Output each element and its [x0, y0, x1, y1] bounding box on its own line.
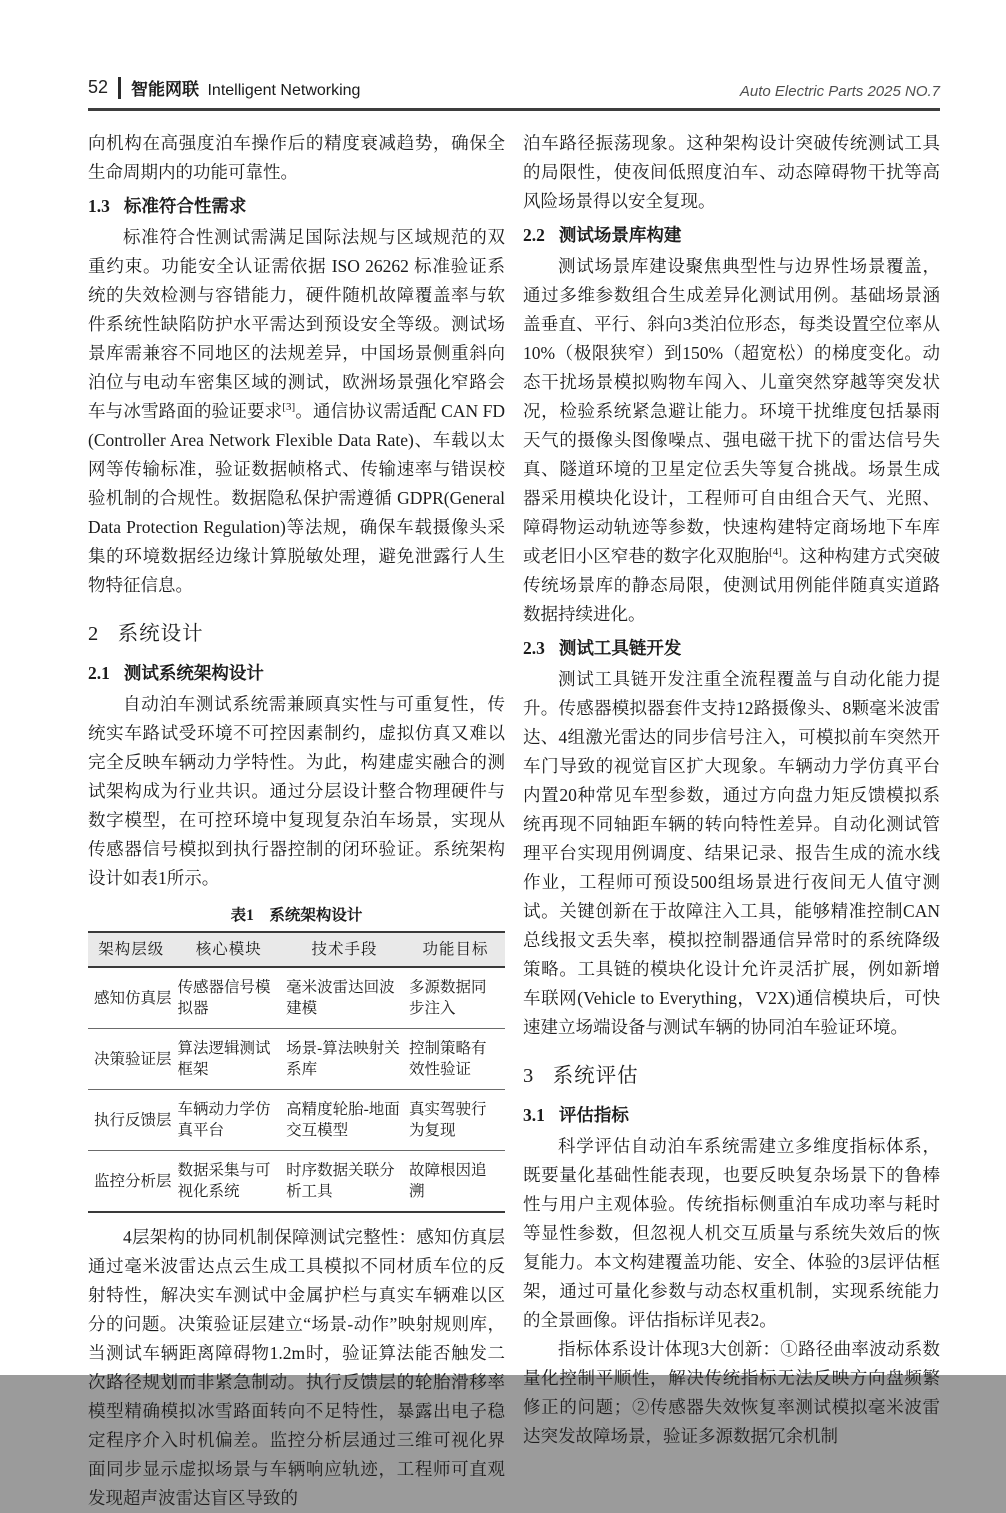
left-column: 向机构在高强度泊车操作后的精度衰减趋势，确保全生命周期内的功能可靠性。 1.3标… — [88, 129, 505, 1513]
cell: 时序数据关联分析工具 — [283, 1151, 406, 1213]
table-header: 架构层级 核心模块 技术手段 功能目标 — [88, 932, 505, 967]
heading-title: 系统评估 — [553, 1065, 639, 1087]
heading-title: 测试系统架构设计 — [124, 663, 264, 683]
paragraph-text: 测试场景库建设聚焦典型性与边界性场景覆盖，通过多维参数组合生成差异化测试用例。基… — [523, 256, 940, 566]
paragraph-text: 。通信协议需适配 CAN FD (Controller Area Network… — [88, 401, 505, 595]
cell: 传感器信号模拟器 — [175, 967, 284, 1029]
cell: 决策验证层 — [88, 1029, 175, 1090]
heading-2-1: 2.1测试系统架构设计 — [88, 660, 505, 685]
citation-ref-4: [4] — [769, 546, 782, 558]
paragraph: 泊车路径振荡现象。这种架构设计突破传统测试工具的局限性，使夜间低照度泊车、动态障… — [523, 129, 940, 216]
paragraph: 测试工具链开发注重全流程覆盖与自动化能力提升。传感器模拟器套件支持12路摄像头、… — [523, 665, 940, 1042]
paragraph: 科学评估自动泊车系统需建立多维度指标体系，既要量化基础性能表现，也要反映复杂场景… — [523, 1132, 940, 1335]
journal-issue-label: Auto Electric Parts 2025 NO.7 — [740, 83, 940, 100]
paragraph-text: 标准符合性测试需满足国际法规与区域规范的双重约束。功能安全认证需依据 ISO 2… — [88, 227, 505, 421]
cell: 高精度轮胎-地面交互模型 — [283, 1090, 406, 1151]
heading-3-1: 3.1评估指标 — [523, 1102, 940, 1127]
heading-title: 测试工具链开发 — [559, 638, 682, 658]
cell: 毫米波雷达回波建模 — [283, 967, 406, 1029]
paragraph: 4层架构的协同机制保障测试完整性：感知仿真层通过毫米波雷达点云生成工具模拟不同材… — [88, 1223, 505, 1513]
header-rule — [88, 108, 940, 111]
table-row: 决策验证层 算法逻辑测试框架 场景-算法映射关系库 控制策略有效性验证 — [88, 1029, 505, 1090]
heading-title: 评估指标 — [559, 1105, 629, 1125]
cell: 感知仿真层 — [88, 967, 175, 1029]
cell: 故障根因追溯 — [406, 1151, 505, 1213]
heading-number: 3.1 — [523, 1105, 545, 1125]
col-header: 架构层级 — [88, 932, 175, 967]
heading-number: 2 — [88, 623, 99, 645]
column-section-title-cn: 智能网联 — [131, 80, 199, 99]
col-header: 核心模块 — [175, 932, 284, 967]
column-section-title-en: Intelligent Networking — [207, 82, 360, 99]
cell: 算法逻辑测试框架 — [175, 1029, 284, 1090]
heading-2-2: 2.2测试场景库构建 — [523, 222, 940, 247]
cell: 执行反馈层 — [88, 1090, 175, 1151]
cell: 数据采集与可视化系统 — [175, 1151, 284, 1213]
citation-ref-3: [3] — [282, 401, 295, 413]
col-header: 技术手段 — [283, 932, 406, 967]
cell: 场景-算法映射关系库 — [283, 1029, 406, 1090]
heading-title: 标准符合性需求 — [124, 196, 247, 216]
heading-number: 1.3 — [88, 196, 110, 216]
heading-number: 3 — [523, 1065, 534, 1087]
heading-title: 测试场景库构建 — [559, 225, 682, 245]
heading-2: 2系统设计 — [88, 616, 505, 646]
heading-number: 2.2 — [523, 225, 545, 245]
heading-1-3: 1.3标准符合性需求 — [88, 193, 505, 218]
paragraph: 测试场景库建设聚焦典型性与边界性场景覆盖，通过多维参数组合生成差异化测试用例。基… — [523, 252, 940, 629]
paragraph: 标准符合性测试需满足国际法规与区域规范的双重约束。功能安全认证需依据 ISO 2… — [88, 223, 505, 600]
cell: 监控分析层 — [88, 1151, 175, 1213]
table-row: 监控分析层 数据采集与可视化系统 时序数据关联分析工具 故障根因追溯 — [88, 1151, 505, 1213]
cell: 多源数据同步注入 — [406, 967, 505, 1029]
heading-3: 3系统评估 — [523, 1058, 940, 1088]
table-1-system-architecture: 架构层级 核心模块 技术手段 功能目标 感知仿真层 传感器信号模拟器 毫米波雷达… — [88, 931, 505, 1213]
heading-2-3: 2.3测试工具链开发 — [523, 635, 940, 660]
heading-number: 2.1 — [88, 663, 110, 683]
heading-title: 系统设计 — [118, 623, 204, 645]
table-row: 感知仿真层 传感器信号模拟器 毫米波雷达回波建模 多源数据同步注入 — [88, 967, 505, 1029]
two-column-body: 向机构在高强度泊车操作后的精度衰减趋势，确保全生命周期内的功能可靠性。 1.3标… — [88, 129, 940, 1513]
paragraph: 向机构在高强度泊车操作后的精度衰减趋势，确保全生命周期内的功能可靠性。 — [88, 129, 505, 187]
page-number: 52 — [88, 77, 108, 98]
paper-page: 52 智能网联 Intelligent Networking Auto Elec… — [0, 0, 1006, 1375]
cell: 控制策略有效性验证 — [406, 1029, 505, 1090]
heading-number: 2.3 — [523, 638, 545, 658]
page-header: 52 智能网联 Intelligent Networking Auto Elec… — [88, 75, 940, 108]
cell: 真实驾驶行为复现 — [406, 1090, 505, 1151]
right-column: 泊车路径振荡现象。这种架构设计突破传统测试工具的局限性，使夜间低照度泊车、动态障… — [523, 129, 940, 1513]
header-divider-bar — [118, 77, 121, 99]
paragraph: 指标体系设计体现3大创新：①路径曲率波动系数量化控制平顺性，解决传统指标无法反映… — [523, 1335, 940, 1451]
table-1-caption: 表1 系统架构设计 — [88, 903, 505, 925]
col-header: 功能目标 — [406, 932, 505, 967]
paragraph: 自动泊车测试系统需兼顾真实性与可重复性，传统实车路试受环境不可控因素制约，虚拟仿… — [88, 690, 505, 893]
header-left: 52 智能网联 Intelligent Networking — [88, 75, 360, 100]
table-row: 执行反馈层 车辆动力学仿真平台 高精度轮胎-地面交互模型 真实驾驶行为复现 — [88, 1090, 505, 1151]
cell: 车辆动力学仿真平台 — [175, 1090, 284, 1151]
